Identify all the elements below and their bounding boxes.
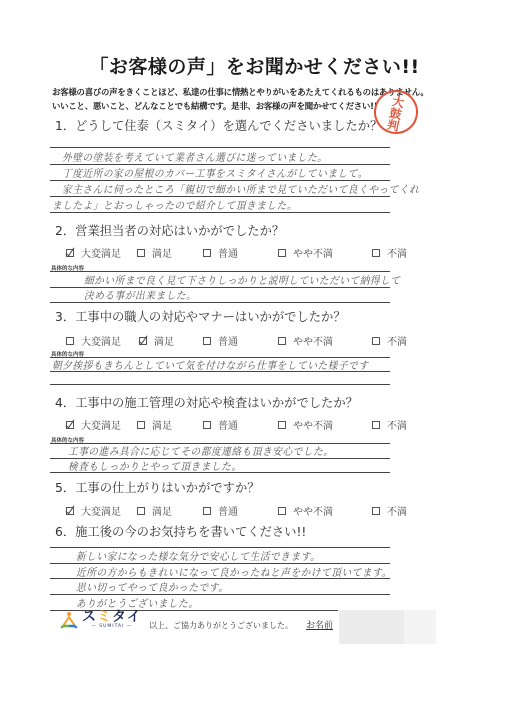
- option-label: 満足: [152, 503, 172, 518]
- option-label: やや不満: [293, 417, 333, 432]
- option-label: 不満: [387, 245, 407, 260]
- question-3-label: 3．工事中の職人の対応やマナーはいかがでしたか？: [55, 307, 346, 325]
- checkbox-icon[interactable]: [66, 337, 74, 345]
- intro-line-1: お客様の喜びの声をきくことほど、私達の仕事に情熱とやりがいをあたえてくれるものは…: [52, 86, 429, 98]
- q5-option-satisfied[interactable]: 満足: [137, 503, 172, 518]
- checkbox-icon[interactable]: [203, 507, 211, 515]
- option-label: 普通: [218, 503, 238, 518]
- answer-1-line-2: 丁度近所の家の屋根のカバー工事をスミタイさんがしていまして。: [62, 166, 368, 181]
- logo-subtext: — SUMITAI —: [91, 624, 132, 629]
- q2-option-very-satisfied[interactable]: 大変満足: [66, 245, 121, 260]
- option-label: 大変満足: [81, 503, 121, 518]
- answer-line: [50, 547, 390, 548]
- checkbox-icon[interactable]: [203, 249, 211, 257]
- option-label: 普通: [218, 417, 238, 432]
- q2-option-dissatisfied[interactable]: 不満: [372, 245, 407, 260]
- checkbox-icon[interactable]: [203, 421, 211, 429]
- answer-line: [50, 271, 390, 272]
- name-field-redacted[interactable]: [339, 610, 404, 644]
- option-label: 満足: [154, 333, 174, 348]
- answer-3-line-1: 朝夕挨拶もきちんとしていて気を付けながら仕事をしていた様子です: [52, 358, 369, 373]
- answer-6-line-3: 思い切ってやって良かったです。: [76, 580, 228, 595]
- option-label: やや不満: [293, 503, 333, 518]
- option-label: 満足: [152, 417, 172, 432]
- answer-1-line-3: 家主さんに伺ったところ「親切で細かい所まで見ていただいて良くやってくれ: [62, 182, 419, 197]
- q5-option-very-satisfied[interactable]: 大変満足: [66, 503, 121, 518]
- checkbox-icon[interactable]: [278, 337, 286, 345]
- option-label: やや不満: [293, 245, 333, 260]
- q4-option-neutral[interactable]: 普通: [203, 417, 238, 432]
- answer-2-line-1: 細かい所まで良く見て下さりしっかりと説明していただいて納得して: [84, 273, 401, 288]
- option-label: 普通: [218, 245, 238, 260]
- name-label: お名前: [306, 618, 333, 631]
- q4-option-satisfied[interactable]: 満足: [137, 417, 172, 432]
- q2-option-satisfied[interactable]: 満足: [137, 245, 172, 260]
- checkbox-icon[interactable]: [137, 507, 145, 515]
- q5-option-somewhat-dissatisfied[interactable]: やや不満: [278, 503, 333, 518]
- question-4-label: 4．工事中の施工管理の対応や検査はいかがでしたか？: [55, 393, 358, 411]
- checkbox-icon[interactable]: [278, 421, 286, 429]
- logo-text: タイ: [112, 609, 142, 625]
- q4-option-dissatisfied[interactable]: 不満: [372, 417, 407, 432]
- logo-text: ミ: [97, 609, 112, 625]
- answer-6-line-2: 近所の方からもきれいになって良かったねと声をかけて頂いてます。: [76, 565, 392, 580]
- question-2-label: 2．営業担当者の対応はいかがでしたか？: [55, 221, 284, 239]
- checkbox-icon[interactable]: [372, 421, 380, 429]
- q5-option-neutral[interactable]: 普通: [203, 503, 238, 518]
- q4-option-somewhat-dissatisfied[interactable]: やや不満: [278, 417, 333, 432]
- q5-option-dissatisfied[interactable]: 不満: [372, 503, 407, 518]
- option-label: 普通: [218, 333, 238, 348]
- q2-option-somewhat-dissatisfied[interactable]: やや不満: [278, 245, 333, 260]
- answer-4-line-1: 工事の進み具合に応じてその都度連絡も頂き安心でした。: [68, 444, 334, 459]
- option-label: 大変満足: [81, 417, 121, 432]
- checkbox-checked-icon[interactable]: [66, 507, 74, 515]
- answer-6-line-1: 新しい家になった様な気分で安心して生活できます。: [76, 549, 320, 564]
- option-label: 満足: [152, 245, 172, 260]
- logo-mark-icon: [60, 611, 78, 629]
- q3-option-neutral[interactable]: 普通: [203, 333, 238, 348]
- form-title: 「お客様の声」をお聞かせください!!: [0, 52, 509, 79]
- checkbox-checked-icon[interactable]: [66, 249, 74, 257]
- q4-option-very-satisfied[interactable]: 大変満足: [66, 417, 121, 432]
- checkbox-icon[interactable]: [372, 249, 380, 257]
- checkbox-icon[interactable]: [203, 337, 211, 345]
- question-1-label: 1．どうして住泰（スミタイ）を選んでくださいましたか？: [55, 116, 382, 134]
- checkbox-icon[interactable]: [278, 249, 286, 257]
- checkbox-icon[interactable]: [278, 507, 286, 515]
- q3-option-dissatisfied[interactable]: 不満: [372, 333, 407, 348]
- option-label: 不満: [387, 503, 407, 518]
- question-5-label: 5．工事の仕上がりはいかがですか？: [55, 478, 260, 496]
- option-label: 大変満足: [81, 333, 121, 348]
- checkbox-checked-icon[interactable]: [139, 337, 147, 345]
- intro-line-2: いいこと、悪いこと、どんなことでも結構です。是非、お客様の声を聞かせてください!…: [52, 100, 377, 112]
- answer-1-line-1: 外壁の塗装を考えていて業者さん選びに迷っていました。: [62, 150, 328, 165]
- sumitai-logo: スミタイ — SUMITAI —: [60, 610, 142, 629]
- q3-option-somewhat-dissatisfied[interactable]: やや不満: [278, 333, 333, 348]
- checkbox-checked-icon[interactable]: [66, 421, 74, 429]
- checkbox-icon[interactable]: [372, 507, 380, 515]
- checkbox-icon[interactable]: [137, 421, 145, 429]
- q3-option-satisfied[interactable]: 満足: [139, 333, 174, 348]
- option-label: 大変満足: [81, 245, 121, 260]
- option-label: やや不満: [293, 333, 333, 348]
- option-label: 不満: [387, 333, 407, 348]
- answer-line: [50, 384, 390, 385]
- checkbox-icon[interactable]: [137, 249, 145, 257]
- option-label: 不満: [387, 417, 407, 432]
- name-field-redacted-extension: [404, 610, 436, 644]
- logo-text: ス: [82, 609, 97, 625]
- checkbox-icon[interactable]: [372, 337, 380, 345]
- q2-option-neutral[interactable]: 普通: [203, 245, 238, 260]
- answer-line: [50, 147, 390, 148]
- question-6-label: 6．施工後の今のお気持ちを書いてください!!: [55, 522, 306, 540]
- answer-4-line-2: 検査もしっかりとやって頂きました。: [68, 459, 242, 474]
- answer-2-line-2: 決める事が出来ました。: [84, 288, 196, 303]
- q3-option-very-satisfied[interactable]: 大変満足: [66, 333, 121, 348]
- answer-1-line-4: ましたよ」とおっしゃったので紹介して頂きました。: [52, 198, 297, 213]
- thanks-text: 以上、ご協力ありがとうございました。: [149, 620, 293, 631]
